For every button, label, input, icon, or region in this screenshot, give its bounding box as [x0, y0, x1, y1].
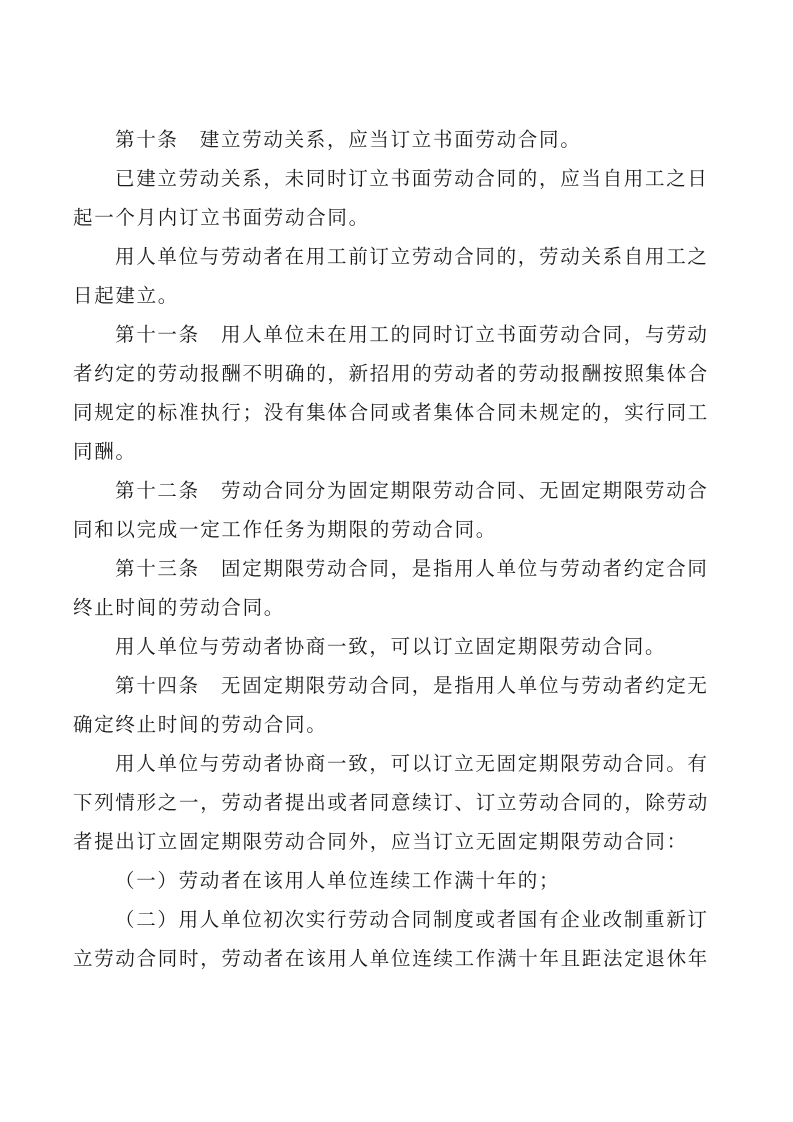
article-14-line-2: 确定终止时间的劳动合同。: [73, 713, 327, 737]
article-14-item-1: （一）劳动者在该用人单位连续工作满十年的；: [115, 869, 560, 893]
article-14-para-2-line-1: 用人单位与劳动者协商一致，可以订立无固定期限劳动合同。有: [115, 752, 709, 776]
article-10-para-2-line-1: 已建立劳动关系，未同时订立书面劳动合同的，应当自用工之日: [115, 167, 709, 191]
article-14-para-2-line-3: 者提出订立固定期限劳动合同外，应当订立无固定期限劳动合同：: [73, 830, 688, 854]
article-11-line-4: 同酬。: [73, 440, 137, 464]
article-11-line-1: 第十一条 用人单位未在用工的同时订立书面劳动合同，与劳动: [115, 323, 709, 347]
article-11-line-3: 同规定的标准执行；没有集体合同或者集体合同未规定的，实行同工: [73, 401, 709, 425]
article-13-line-2: 终止时间的劳动合同。: [73, 596, 285, 620]
article-14-item-2-line-1: （二）用人单位初次实行劳动合同制度或者国有企业改制重新订: [115, 908, 709, 932]
article-14-item-2-line-2: 立劳动合同时，劳动者在该用人单位连续工作满十年且距法定退休年: [73, 947, 709, 971]
article-12-line-1: 第十二条 劳动合同分为固定期限劳动合同、无固定期限劳动合: [115, 479, 709, 503]
article-11-line-2: 者约定的劳动报酬不明确的，新招用的劳动者的劳动报酬按照集体合: [73, 362, 709, 386]
article-12-line-2: 同和以完成一定工作任务为期限的劳动合同。: [73, 518, 497, 542]
article-14-para-2-line-2: 下列情形之一，劳动者提出或者同意续订、订立劳动合同的，除劳动: [73, 791, 709, 815]
article-10-title-line: 第十条 建立劳动关系，应当订立书面劳动合同。: [115, 128, 581, 152]
document-page: 第十条 建立劳动关系，应当订立书面劳动合同。 已建立劳动关系，未同时订立书面劳动…: [0, 0, 793, 1122]
article-13-line-1: 第十三条 固定期限劳动合同，是指用人单位与劳动者约定合同: [115, 557, 709, 581]
article-10-para-3-line-1: 用人单位与劳动者在用工前订立劳动合同的，劳动关系自用工之: [115, 245, 709, 269]
article-10-para-3-line-2: 日起建立。: [73, 284, 179, 308]
article-10-para-2-line-2: 起一个月内订立书面劳动合同。: [73, 206, 370, 230]
article-14-line-1: 第十四条 无固定期限劳动合同，是指用人单位与劳动者约定无: [115, 674, 709, 698]
article-13-para-2: 用人单位与劳动者协商一致，可以订立固定期限劳动合同。: [115, 635, 666, 659]
